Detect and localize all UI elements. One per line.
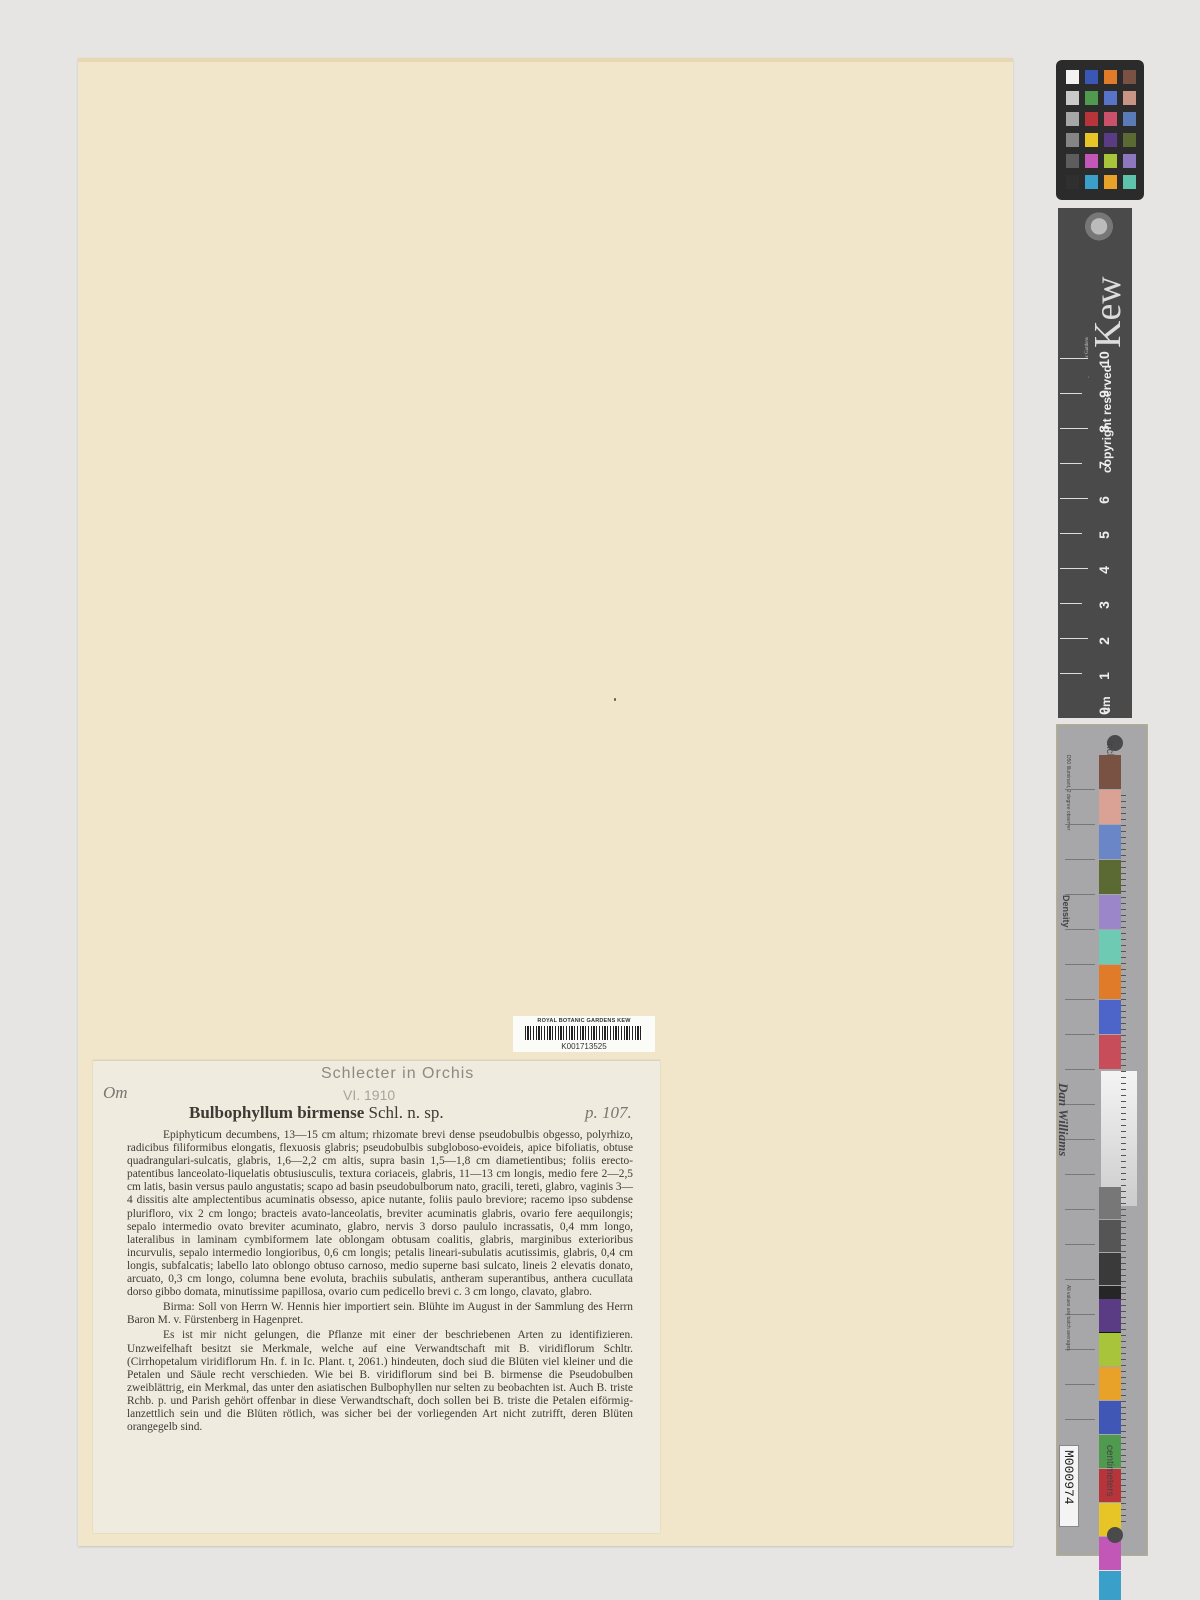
color-patch bbox=[1104, 154, 1117, 168]
dw-color-patch bbox=[1099, 1000, 1121, 1034]
date-stamp: VI. 1910 bbox=[343, 1087, 395, 1103]
species-title: Bulbophyllum birmense Schl. n. sp. bbox=[189, 1103, 444, 1123]
discussion-paragraph: Es ist mir nicht gelungen, die Pflanze m… bbox=[127, 1329, 633, 1434]
color-patch bbox=[1123, 175, 1136, 189]
color-patch bbox=[1123, 154, 1136, 168]
cm-tick-label: 4 bbox=[1096, 560, 1112, 580]
color-checker-card bbox=[1056, 60, 1144, 200]
dw-color-patch bbox=[1099, 790, 1121, 824]
serial-label: M000974 bbox=[1059, 1445, 1079, 1527]
color-patch bbox=[1123, 133, 1136, 147]
dw-color-patch bbox=[1099, 1035, 1121, 1069]
species-author: Schl. n. sp. bbox=[369, 1103, 444, 1122]
dw-color-patch bbox=[1099, 1220, 1121, 1252]
cm-block bbox=[1060, 568, 1088, 603]
locality-paragraph: Birma: Soll von Herrn W. Hennis hier imp… bbox=[127, 1301, 633, 1327]
color-patch bbox=[1085, 91, 1098, 105]
cm-tick-label: 5 bbox=[1096, 525, 1112, 545]
color-patch bbox=[1085, 70, 1098, 84]
dw-color-patch bbox=[1099, 895, 1121, 929]
white-gray-patches bbox=[1101, 1071, 1137, 1206]
color-patch bbox=[1085, 175, 1098, 189]
color-patch bbox=[1085, 112, 1098, 126]
dw-color-patch bbox=[1099, 755, 1121, 789]
color-patch bbox=[1066, 175, 1079, 189]
color-patch bbox=[1085, 154, 1098, 168]
cm-block bbox=[1060, 673, 1082, 708]
barcode-institution: ROYAL BOTANIC GARDENS KEW bbox=[513, 1018, 655, 1024]
cm-tick-label: 1 bbox=[1096, 666, 1112, 686]
dw-color-patch bbox=[1099, 1367, 1121, 1400]
color-patch bbox=[1104, 133, 1117, 147]
dw-color-patch bbox=[1099, 930, 1121, 964]
cm-tick-label: 7 bbox=[1096, 455, 1112, 475]
color-patch bbox=[1104, 112, 1117, 126]
ruler-hole-icon bbox=[1107, 1527, 1123, 1543]
dw-color-patch bbox=[1099, 1253, 1121, 1285]
color-patch bbox=[1123, 70, 1136, 84]
color-patch bbox=[1123, 112, 1136, 126]
kew-scale-ruler: Royal Botanic Gardens Kew copyright rese… bbox=[1058, 208, 1132, 718]
color-patch bbox=[1066, 91, 1079, 105]
dw-color-patch bbox=[1099, 825, 1121, 859]
cm-block bbox=[1060, 638, 1088, 673]
dw-color-patch bbox=[1099, 1187, 1121, 1219]
cm-block bbox=[1060, 533, 1082, 568]
dw-color-patch bbox=[1099, 1571, 1121, 1600]
printed-description-label: Schlecter in Orchis VI. 1910 Om p. 107. … bbox=[93, 1060, 660, 1533]
handwritten-page-ref: p. 107. bbox=[585, 1103, 632, 1123]
cm-block bbox=[1060, 393, 1082, 428]
color-patch bbox=[1066, 133, 1079, 147]
color-patch bbox=[1085, 133, 1098, 147]
color-patch bbox=[1104, 70, 1117, 84]
species-name: Bulbophyllum birmense bbox=[189, 1103, 364, 1122]
dw-color-patch bbox=[1099, 965, 1121, 999]
color-patch bbox=[1104, 91, 1117, 105]
handwritten-annotation-left: Om bbox=[103, 1083, 128, 1103]
dw-color-patch bbox=[1099, 1333, 1121, 1366]
specimen-barcode-label: ROYAL BOTANIC GARDENS KEW K001713525 bbox=[513, 1016, 655, 1052]
barcode-bars bbox=[525, 1026, 643, 1040]
cm-block bbox=[1060, 498, 1088, 533]
dw-color-patch bbox=[1099, 1401, 1121, 1434]
dw-color-patch bbox=[1099, 1299, 1121, 1332]
cm-block bbox=[1060, 463, 1082, 498]
cm-tick-label: 3 bbox=[1096, 595, 1112, 615]
color-density-ruler: inches D50 Illuminant, 2 degree observer… bbox=[1056, 724, 1148, 1556]
cm-tick-label: 2 bbox=[1096, 631, 1112, 651]
color-patch bbox=[1104, 175, 1117, 189]
kew-logo: Kew bbox=[1078, 276, 1131, 348]
cm-tick-label: 10 bbox=[1096, 349, 1112, 369]
centimeters-label: centimeters bbox=[1104, 1445, 1115, 1497]
kew-unit-label: cm bbox=[1099, 695, 1113, 715]
kew-crest-icon bbox=[1084, 212, 1114, 244]
barcode-number: K001713525 bbox=[513, 1042, 655, 1051]
color-patch bbox=[1066, 154, 1079, 168]
color-patch bbox=[1066, 112, 1079, 126]
color-patch bbox=[1066, 70, 1079, 84]
cm-tick-label: 9 bbox=[1096, 384, 1112, 404]
color-patch bbox=[1123, 91, 1136, 105]
description-paragraph: Epiphyticum decumbens, 13—15 cm altum; r… bbox=[127, 1129, 633, 1299]
ruler-ticks bbox=[1121, 795, 1126, 1525]
dw-color-patch bbox=[1099, 860, 1121, 894]
dw-brand: Dan Williams bbox=[1055, 1083, 1071, 1156]
description-body: Epiphyticum decumbens, 13—15 cm altum; r… bbox=[127, 1129, 633, 1434]
source-stamp: Schlecter in Orchis bbox=[321, 1065, 474, 1083]
batch-note: All values are batch averages bbox=[1065, 1285, 1071, 1351]
cm-block bbox=[1060, 428, 1088, 463]
sheet-speck bbox=[614, 698, 616, 701]
cm-block bbox=[1060, 358, 1088, 393]
cm-tick-label: 6 bbox=[1096, 490, 1112, 510]
cm-block bbox=[1060, 603, 1082, 638]
cm-tick-label: 8 bbox=[1096, 419, 1112, 439]
